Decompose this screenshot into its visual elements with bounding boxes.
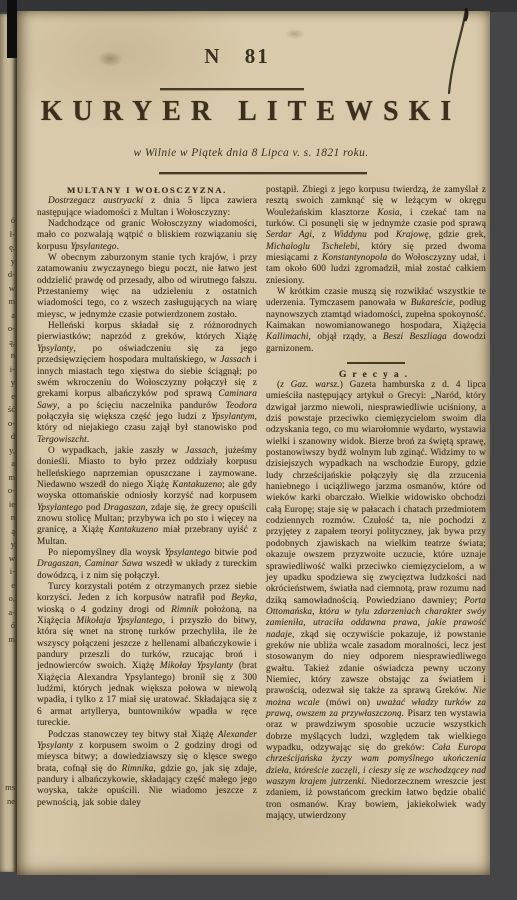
left-column: Multany i Wołosczyzna. Dostrzegacz austr… — [37, 185, 257, 822]
issue-number: N 81 — [127, 44, 347, 69]
paragraph: Po niepomyślney dla woysk Ypsylantego bi… — [37, 548, 257, 582]
paragraph: Helleński korpus składał się z różnorodn… — [37, 321, 257, 446]
dateline: w Wilnie w Piątek dnia 8 Lipca v. s. 182… — [25, 147, 477, 159]
section-heading-grecya: Grecya. — [266, 369, 486, 380]
news-columns: Multany i Wołosczyzna. Dostrzegacz austr… — [37, 185, 487, 822]
right-column: postąpił. Zbiegi z jego korpusu twierdzą… — [266, 185, 486, 822]
masthead-title: KURYER LITEWSKI — [25, 96, 477, 128]
ink-scratch-mark — [432, 7, 492, 107]
masthead-rule-bottom — [159, 172, 367, 174]
torn-corner-shadow — [7, 0, 17, 58]
article-heading-multany: Multany i Wołosczyzna. — [37, 185, 257, 196]
scan-background: ół-ę,yd-wmao-ą,ni-yeśćo-dy,amo-ienąywi-e… — [0, 0, 517, 900]
paragraph: Dostrzegacz austryacki z dnia 5 lipca za… — [37, 196, 257, 219]
section-divider — [347, 362, 405, 364]
paragraph-continuation: postąpił. Zbiegi z jego korpusu twierdzą… — [266, 185, 486, 287]
paragraph: W krótkim czasie muszą się rozwikłać wsz… — [266, 287, 486, 355]
paragraph: Nadchodzące od granic Wołosczyzny wiadom… — [37, 219, 257, 253]
adjacent-page-edge: ół-ę,yd-wmao-ą,ni-yeśćo-dy,amo-ienąywi-e… — [0, 14, 17, 872]
margin-text-fragments: ół-ę,yd-wmao-ą,ni-yeśćo-dy,amo-ienąywi-e… — [0, 214, 17, 808]
newspaper-page: N 81 KURYER LITEWSKI w Wilnie w Piątek d… — [17, 11, 490, 875]
paragraph: W obecnym zaburzonym stanie tych krajów,… — [37, 253, 257, 321]
ink-smudge — [97, 51, 123, 67]
ink-smudge — [285, 29, 305, 39]
paragraph: Turcy korzystali potém z otrzymanych prz… — [37, 582, 257, 729]
paragraph: (z Gaz. warsz.) Gazeta hamburska z d. 4 … — [266, 380, 486, 822]
paragraph: Podczas stanowczey tey bitwy stał Xiążę … — [37, 730, 257, 809]
paragraph: O wypadkach, jakie zaszły w Jassach, już… — [37, 446, 257, 548]
masthead-rule-top — [160, 88, 304, 90]
